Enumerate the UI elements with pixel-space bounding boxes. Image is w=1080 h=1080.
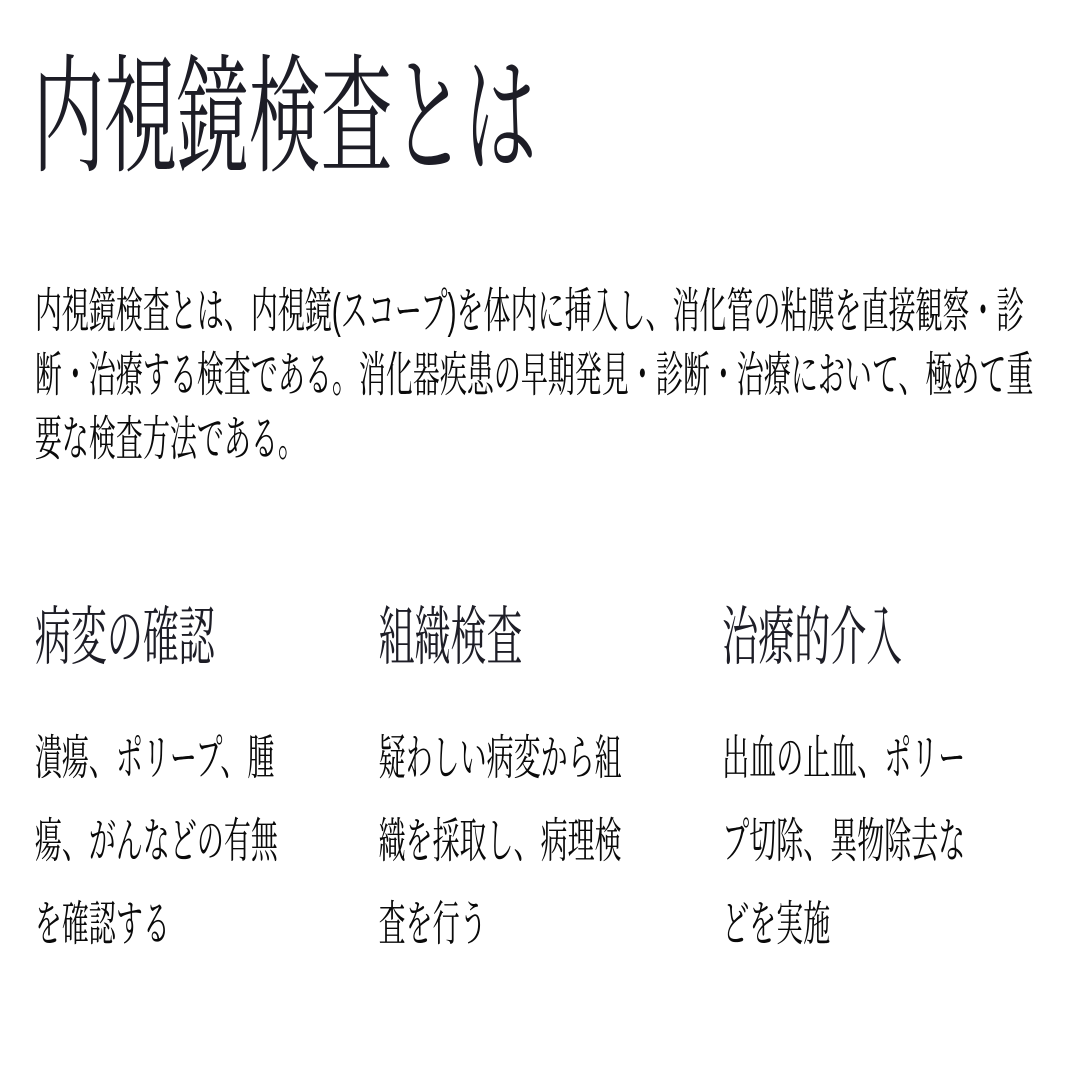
column-heading: 組織検査	[379, 599, 723, 676]
feature-columns: 病変の確認 潰瘍、ポリープ、腫 瘍、がんなどの有無 を確認する 組織検査 疑わし…	[35, 599, 1066, 966]
intro-paragraph: 内視鏡検査とは、内視鏡(スコープ)を体内に挿入し、消化管の粘膜を直接観察・診 断…	[35, 280, 1059, 472]
slide: 内視鏡検査とは 内視鏡検査とは、内視鏡(スコープ)を体内に挿入し、消化管の粘膜を…	[0, 0, 1080, 1080]
column-body: 出血の止血、ポリー プ切除、異物除去な どを実施	[722, 717, 1037, 966]
column-body: 潰瘍、ポリープ、腫 瘍、がんなどの有無 を確認する	[35, 717, 350, 966]
column-therapeutic-intervention: 治療的介入 出血の止血、ポリー プ切除、異物除去な どを実施	[722, 599, 1066, 966]
column-body: 疑わしい病変から組 織を採取し、病理検 査を行う	[379, 717, 694, 966]
column-lesion-check: 病変の確認 潰瘍、ポリープ、腫 瘍、がんなどの有無 を確認する	[35, 599, 379, 966]
column-tissue-exam: 組織検査 疑わしい病変から組 織を採取し、病理検 査を行う	[379, 599, 723, 966]
page-title: 内視鏡検査とは	[33, 42, 537, 196]
column-heading: 病変の確認	[35, 599, 379, 676]
column-heading: 治療的介入	[722, 599, 1066, 676]
